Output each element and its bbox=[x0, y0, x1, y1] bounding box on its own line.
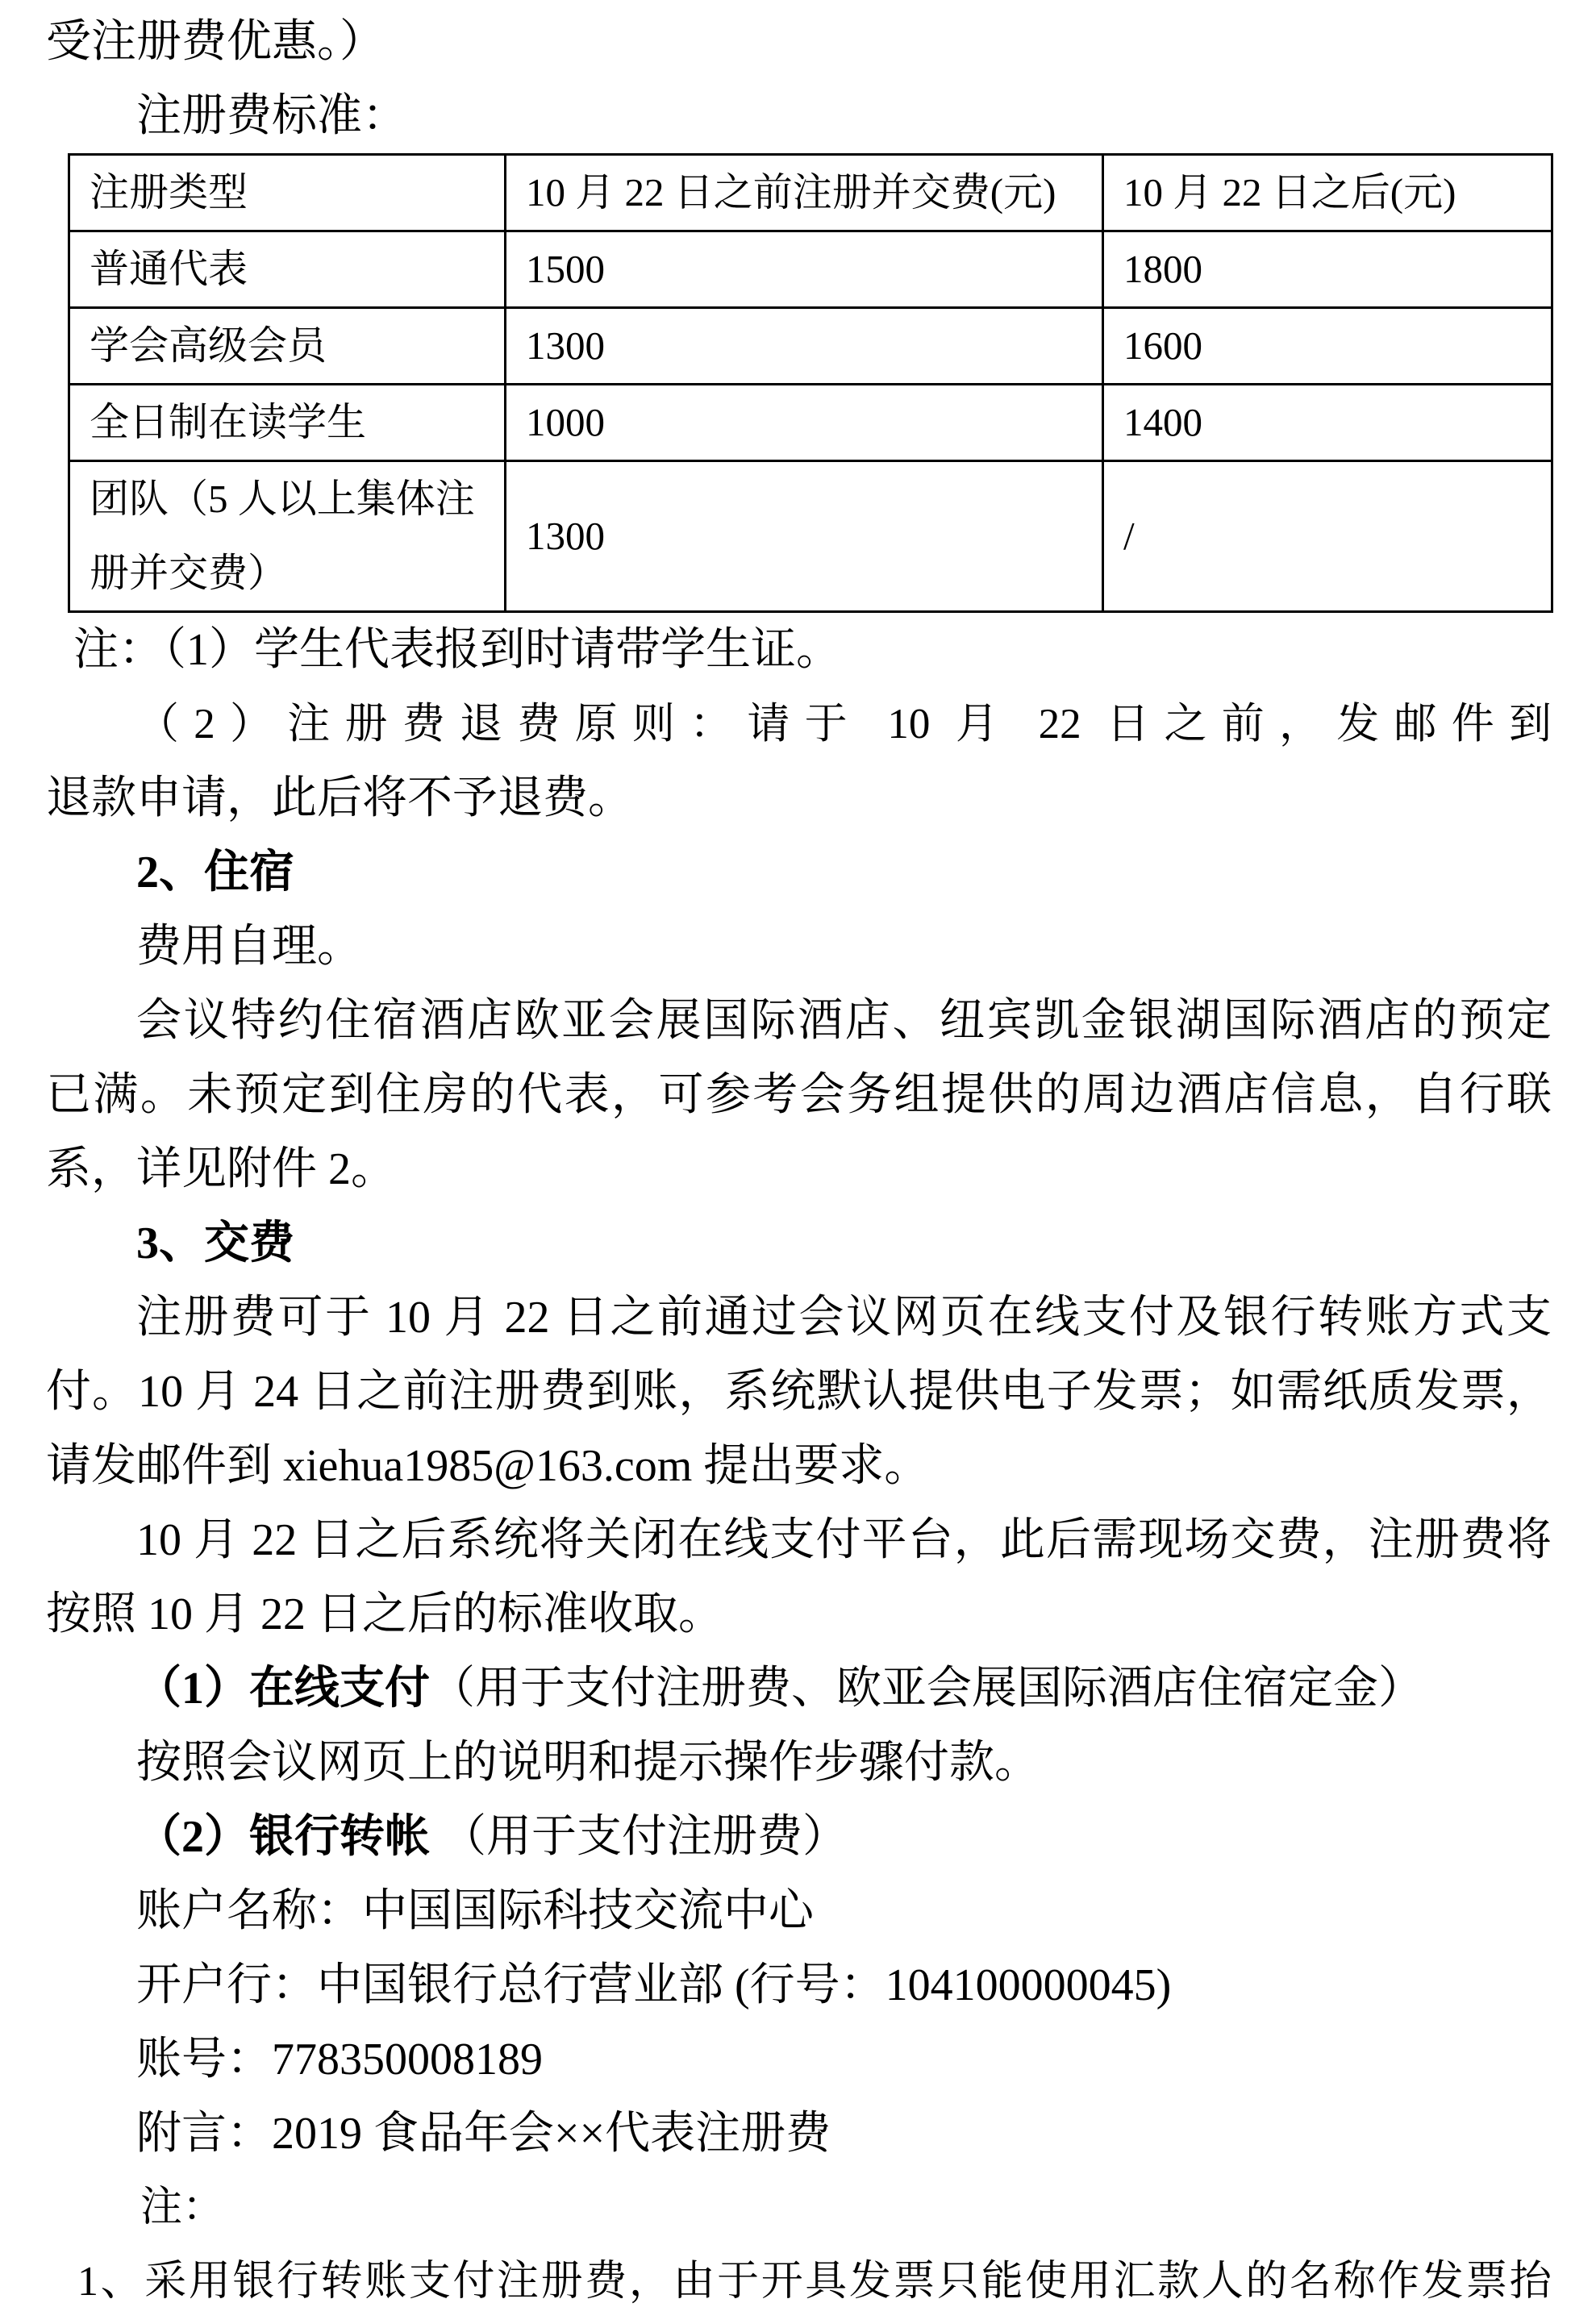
note-student-id: 注：（1）学生代表报到时请带学生证。 bbox=[46, 613, 1552, 687]
bank-account-number: 账号：778350008189 bbox=[46, 2022, 1552, 2097]
document-page: 受注册费优惠。） 注册费标准： 注册类型 10 月 22 日之前注册并交费(元)… bbox=[0, 0, 1596, 2324]
row-type: 普通代表 bbox=[69, 231, 506, 308]
accommodation-paragraph-line1: 会议特约住宿酒店欧亚会展国际酒店、纽宾凯金银湖国际酒店的预定 bbox=[46, 984, 1552, 1058]
table-row: 团队（5 人以上集体注册并交费） 1300 / bbox=[69, 461, 1552, 612]
footnote-label: 注： bbox=[46, 2171, 1552, 2245]
payment-method-online-instruction: 按照会议网页上的说明和提示操作步骤付款。 bbox=[46, 1726, 1552, 1800]
payment-method-bank-transfer: （2）银行转帐 （用于支付注册费） bbox=[46, 1800, 1552, 1874]
header-fee-after-deadline: 10 月 22 日之后(元) bbox=[1103, 155, 1552, 231]
payment-method-bank-desc: （用于支付注册费） bbox=[430, 1812, 848, 1862]
row-type: 学会高级会员 bbox=[69, 308, 506, 385]
row-fee-after: 1800 bbox=[1103, 231, 1552, 308]
accommodation-paragraph-line3: 系，详见附件 2。 bbox=[46, 1132, 1552, 1206]
payment-method-online-title: （1）在线支付 bbox=[136, 1664, 430, 1714]
payment-paragraph2-line1: 10 月 22 日之后系统将关闭在线支付平台，此后需现场交费，注册费将 bbox=[46, 1503, 1552, 1577]
transfer-memo: 附言：2019 食品年会××代表注册费 bbox=[46, 2097, 1552, 2171]
section-heading-payment: 3、交费 bbox=[46, 1206, 1552, 1281]
payment-paragraph1-line2: 付。10 月 24 日之前注册费到账，系统默认提供电子发票；如需纸质发票， bbox=[46, 1355, 1552, 1429]
bank-branch: 开户行：中国银行总行营业部 (行号：104100000045) bbox=[46, 1948, 1552, 2022]
row-fee-before: 1000 bbox=[506, 385, 1103, 461]
header-registration-type: 注册类型 bbox=[69, 155, 506, 231]
row-fee-before: 1300 bbox=[506, 308, 1103, 385]
bank-account-name: 账户名称：中国国际科技交流中心 bbox=[46, 1874, 1552, 1948]
payment-paragraph1-line3: 请发邮件到 xiehua1985@163.com 提出要求。 bbox=[46, 1429, 1552, 1503]
row-type: 团队（5 人以上集体注册并交费） bbox=[69, 461, 506, 612]
payment-method-online-desc: （用于支付注册费、欧亚会展国际酒店住宿定金） bbox=[430, 1664, 1423, 1714]
table-row: 普通代表 1500 1800 bbox=[69, 231, 1552, 308]
row-fee-before: 1300 bbox=[506, 461, 1103, 612]
row-fee-after: 1400 bbox=[1103, 385, 1552, 461]
footnote-item-1: 1、采用银行转账支付注册费，由于开具发票只能使用汇款人的名称作发票抬头， bbox=[46, 2245, 1552, 2319]
table-row: 学会高级会员 1300 1600 bbox=[69, 308, 1552, 385]
row-fee-after: / bbox=[1103, 461, 1552, 612]
payment-paragraph2-line2: 按照 10 月 22 日之后的标准收取。 bbox=[46, 1577, 1552, 1651]
note-refund-line1: （2）注册费退费原则：请于 10 月 22 日之前，发邮件到 xiehua198… bbox=[46, 687, 1552, 761]
header-fee-before-deadline: 10 月 22 日之前注册并交费(元) bbox=[506, 155, 1103, 231]
accommodation-paragraph-line2: 已满。未预定到住房的代表，可参考会务组提供的周边酒店信息，自行联 bbox=[46, 1058, 1552, 1132]
registration-fee-table: 注册类型 10 月 22 日之前注册并交费(元) 10 月 22 日之后(元) … bbox=[68, 153, 1553, 613]
fee-table-header-row: 注册类型 10 月 22 日之前注册并交费(元) 10 月 22 日之后(元) bbox=[69, 155, 1552, 231]
fee-table-caption: 注册费标准： bbox=[46, 79, 1552, 153]
intro-continuation-text: 受注册费优惠。） bbox=[46, 5, 1552, 79]
accommodation-self-pay: 费用自理。 bbox=[46, 910, 1552, 984]
payment-method-bank-title: （2）银行转帐 bbox=[136, 1812, 430, 1862]
row-fee-before: 1500 bbox=[506, 231, 1103, 308]
row-fee-after: 1600 bbox=[1103, 308, 1552, 385]
table-row: 全日制在读学生 1000 1400 bbox=[69, 385, 1552, 461]
note-refund-line2: 退款申请，此后将不予退费。 bbox=[46, 761, 1552, 835]
payment-method-online: （1）在线支付（用于支付注册费、欧亚会展国际酒店住宿定金） bbox=[46, 1651, 1552, 1726]
row-type: 全日制在读学生 bbox=[69, 385, 506, 461]
section-heading-accommodation: 2、住宿 bbox=[46, 835, 1552, 910]
payment-paragraph1-line1: 注册费可于 10 月 22 日之前通过会议网页在线支付及银行转账方式支 bbox=[46, 1281, 1552, 1355]
